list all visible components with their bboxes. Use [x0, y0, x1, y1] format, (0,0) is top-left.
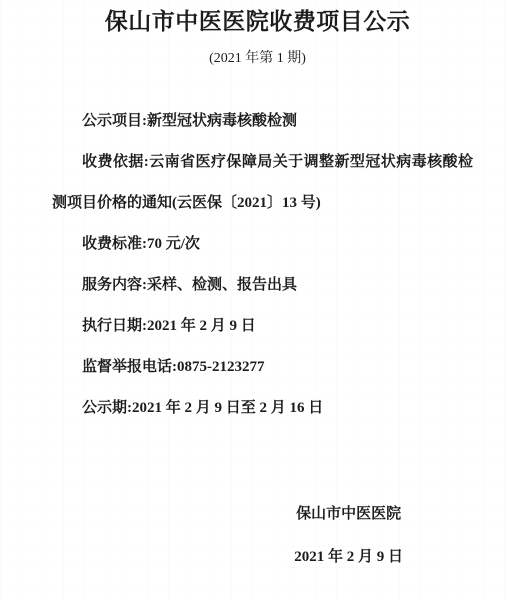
item-label: 公示期: — [82, 400, 132, 416]
notice-item-publicity-period: 公示期:2021 年 2 月 9 日至 2 月 16 日 — [52, 388, 473, 429]
issue-date: 2021 年 2 月 9 日 — [294, 536, 403, 579]
item-label: 监督举报电话: — [82, 359, 177, 375]
notice-item-fee-standard: 收费标准:70 元/次 — [52, 224, 473, 265]
notice-item-service-content: 服务内容:采样、检测、报告出具 — [52, 265, 473, 306]
issuer-name: 保山市中医医院 — [294, 493, 403, 536]
notice-item-fee-basis: 收费依据:云南省医疗保障局关于调整新型冠状病毒核酸检测项目价格的通知(云医保〔2… — [52, 142, 473, 224]
document-title: 保山市中医医院收费项目公示 — [42, 6, 473, 36]
item-label: 执行日期: — [82, 318, 147, 334]
item-value: 2021 年 2 月 9 日 — [147, 318, 256, 334]
fee-notice-document: 保山市中医医院收费项目公示 (2021 年第 1 期) 公示项目:新型冠状病毒核… — [0, 0, 509, 600]
issue-number: (2021 年第 1 期) — [42, 49, 473, 69]
signature-block: 保山市中医医院 2021 年 2 月 9 日 — [294, 493, 403, 579]
item-value: 2021 年 2 月 9 日至 2 月 16 日 — [132, 400, 323, 416]
notice-item-project: 公示项目:新型冠状病毒核酸检测 — [52, 101, 473, 142]
item-label: 收费依据: — [82, 154, 149, 170]
item-value: 70 元/次 — [147, 236, 200, 252]
notice-item-report-phone: 监督举报电话:0875-2123277 — [52, 347, 473, 388]
item-value: 0875-2123277 — [177, 359, 265, 375]
item-label: 公示项目: — [82, 113, 147, 129]
notice-item-effective-date: 执行日期:2021 年 2 月 9 日 — [52, 306, 473, 347]
item-value: 新型冠状病毒核酸检测 — [147, 113, 297, 129]
notice-body: 公示项目:新型冠状病毒核酸检测 收费依据:云南省医疗保障局关于调整新型冠状病毒核… — [52, 101, 473, 429]
item-label: 服务内容: — [82, 277, 147, 293]
item-label: 收费标准: — [82, 236, 147, 252]
item-value: 采样、检测、报告出具 — [147, 277, 297, 293]
